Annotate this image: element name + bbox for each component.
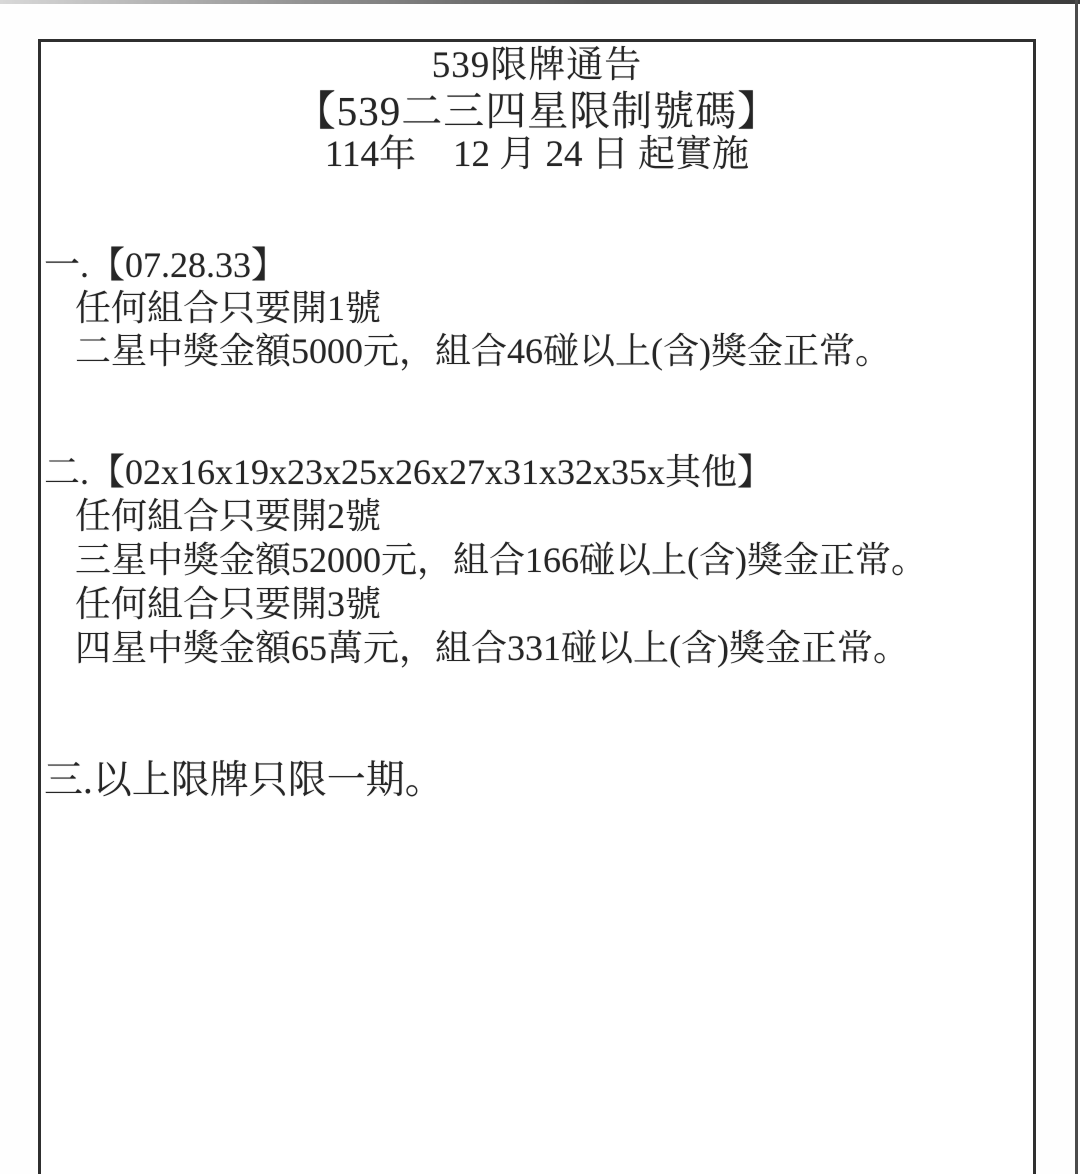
section-1-line-2: 二星中獎金額5000元，組合46碰以上(含)獎金正常。 — [44, 330, 891, 373]
section-2-line-2: 三星中獎金額52000元，組合166碰以上(含)獎金正常。 — [44, 538, 927, 582]
document-page: 539限牌通告 【539二三四星限制號碼】 114年 12 月 24 日 起實施… — [0, 0, 1080, 1174]
section-2-heading: 二.【02x16x19x23x25x26x27x31x32x35x其他】 — [44, 450, 927, 494]
section-2-line-4: 四星中獎金額65萬元，組合331碰以上(含)獎金正常。 — [44, 626, 927, 670]
notice-title: 539限牌通告 — [41, 44, 1033, 88]
notice-header: 539限牌通告 【539二三四星限制號碼】 114年 12 月 24 日 起實施 — [41, 42, 1033, 176]
scan-edge-right — [1075, 0, 1078, 1174]
notice-effective-date: 114年 12 月 24 日 起實施 — [41, 134, 1033, 176]
section-3: 三.以上限牌只限一期。 — [44, 758, 444, 804]
section-1-heading: 一.【07.28.33】 — [44, 244, 891, 287]
notice-border-frame: 539限牌通告 【539二三四星限制號碼】 114年 12 月 24 日 起實施… — [38, 39, 1036, 1174]
notice-subtitle: 【539二三四星限制號碼】 — [41, 88, 1033, 134]
scan-edge-top — [0, 0, 1080, 4]
section-2-line-1: 任何組合只要開2號 — [44, 494, 927, 538]
section-2-line-3: 任何組合只要開3號 — [44, 582, 927, 626]
section-1: 一.【07.28.33】 任何組合只要開1號 二星中獎金額5000元，組合46碰… — [44, 244, 891, 373]
section-2: 二.【02x16x19x23x25x26x27x31x32x35x其他】 任何組… — [44, 450, 927, 670]
section-1-line-1: 任何組合只要開1號 — [44, 287, 891, 330]
section-3-heading: 三.以上限牌只限一期。 — [44, 758, 444, 804]
